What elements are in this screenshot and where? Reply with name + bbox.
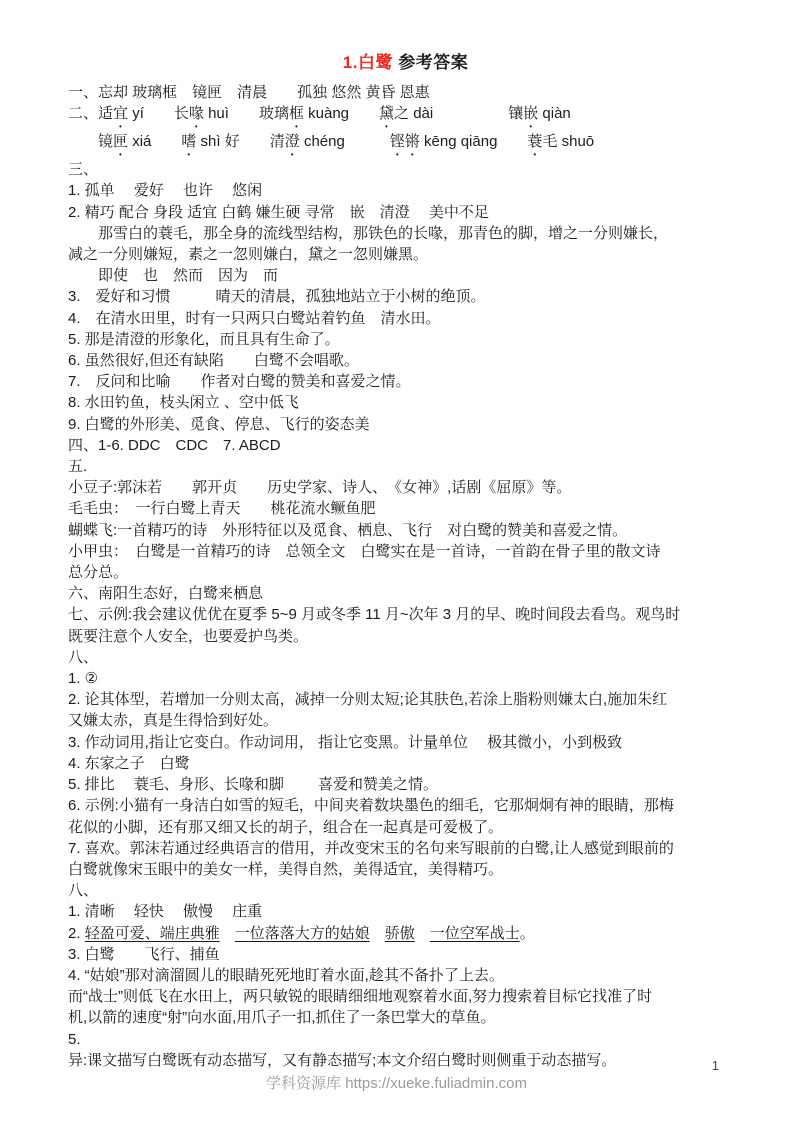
text-segment: shì 好 [196,133,269,150]
text-segment: 。 [520,925,535,942]
text-line: 2. 论其体型，若增加一分则太高，减掉一分则太短;论其肤色,若涂上脂粉则嫌太白,… [68,689,743,710]
text-line: 异:课文描写白鹭既有动态描写，又有静态描写;本文介绍白鹭时则侧重于动态描写。 [68,1050,743,1071]
text-segment: 机,以箭的速度“射”向水面,用爪子一扣,抓住了一条巴掌大的草鱼。 [68,1009,496,1026]
underlined-answer: 一位空军战士 [430,925,520,942]
text-segment: 5. 排比 蓑毛、身形、长喙和脚 喜爱和赞美之情。 [68,776,438,793]
lesson-title-red: 1.白鹭 [343,53,393,72]
text-line: 蝴蝶飞:一首精巧的诗 外形特征以及觅食、栖息、飞行 对白鹭的赞美和喜爱之情。 [68,520,743,541]
text-line: 而“战士”则低飞在水田上，两只敏锐的眼睛细细地观察着水面,努力搜索着目标它找准了… [68,986,743,1007]
emphasized-char: 澄 [285,133,300,150]
emphasized-char: 蓑 [527,133,542,150]
emphasized-char: 喙 [189,105,204,122]
text-segment: qiàn [538,105,571,122]
text-line: 7. 喜欢。郭沫若通过经典语言的借用，并改变宋玉的名句来写眼前的白鹭,让人感觉到… [68,838,743,859]
text-segment: 玻璃 [259,105,289,122]
text-segment: 又嫌太赤，真是生得恰到好处。 [68,712,278,729]
text-segment: 镶 [508,105,523,122]
text-line: 6. 示例:小猫有一身洁白如雪的短毛，中间夹着数块墨色的细毛，它那炯炯有神的眼睛… [68,795,743,816]
text-segment: 总分总。 [68,564,128,581]
text-line: 花似的小脚，还有那又细又长的胡子，组合在一起真是可爱极了。 [68,817,743,838]
text-line: 5. 排比 蓑毛、身形、长喙和脚 喜爱和赞美之情。 [68,774,743,795]
emphasized-char: 铿锵 [390,133,420,150]
text-line: 5. 那是清澄的形象化，而且具有生命了。 [68,329,743,350]
text-segment: 蝴蝶飞:一首精巧的诗 外形特征以及觅食、栖息、飞行 对白鹭的赞美和喜爱之情。 [68,522,627,539]
emphasized-char: 匣 [113,133,128,150]
text-segment: 4. 在清水田里，时有一只两只白鹭站着钓鱼 清水田。 [68,310,441,327]
text-line: 白鹭就像宋玉眼中的美女一样，美得自然，美得适宜，美得精巧。 [68,859,743,880]
text-line: 六、南阳生态好，白鹭来栖息 [68,583,743,604]
text-line: 八、 [68,880,743,901]
underlined-answer: 骄傲 [385,925,415,942]
text-segment: 3. 作动词用,指让它变白。作动词用， 指让它变黑。计量单位 极其微小，小到极致 [68,734,622,751]
document-title: 1.白鹭 参考答案 [68,50,743,76]
text-segment: kuàng [304,105,379,122]
text-line: 四、1-6. DDC CDC 7. ABCD [68,435,743,456]
text-segment: 三、 [68,161,98,178]
text-line: 2. 精巧 配合 身段 适宜 白鹤 嫌生硬 寻常 嵌 清澄 美中不足 [68,202,743,223]
text-segment: 3. 白鹭 飞行、捕鱼 [68,946,220,963]
text-line: 八、 [68,647,743,668]
text-line: 6. 虽然很好,但还有缺陷 白鹭不会唱歌。 [68,350,743,371]
text-segment: 一、忘却 玻璃框 镜匣 清晨 孤独 悠然 黄昏 恩惠 [68,84,430,101]
text-segment: 四、1-6. DDC CDC 7. ABCD [68,437,281,454]
text-line: 3. 白鹭 飞行、捕鱼 [68,944,743,965]
text-line: 三、 [68,159,743,180]
text-segment: 2. 论其体型，若增加一分则太高，减掉一分则太短;论其肤色,若涂上脂粉则嫌太白,… [68,691,667,708]
text-segment: 减之一分则嫌短，素之一忽则嫌白，黛之一忽则嫌黑。 [68,246,428,263]
text-segment: 即使 也 然而 因为 而 [68,267,278,284]
text-segment: 毛 shuō [542,133,594,150]
text-segment: 小甲虫： 白鹭是一首精巧的诗 总领全文 白鹭实在是一首诗，一首韵在骨子里的散文诗 [68,543,661,560]
text-line: 5. [68,1029,743,1050]
text-segment: 七、示例:我会建议优优在夏季 5~9 月或冬季 11 月~次年 3 月的早、晚时… [68,606,680,623]
text-segment: 4. 东家之子 白鹭 [68,755,190,772]
text-line: 即使 也 然而 因为 而 [68,265,743,286]
text-segment: 4. “姑娘”那对滴溜圆儿的眼睛死死地盯着水面,趁其不备扑了上去。 [68,967,504,984]
text-segment: huì [204,105,259,122]
text-segment: xiá [128,133,181,150]
text-line: 镜匣 xiá 嗜 shì 好 清澄 chéng 铿锵 kēng qiāng 蓑毛… [68,131,743,159]
text-line: 4. 东家之子 白鹭 [68,753,743,774]
title-suffix: 参考答案 [393,53,468,72]
emphasized-char: 黛 [379,105,394,122]
text-segment: 之 dài [394,105,508,122]
text-segment [415,925,430,942]
text-segment: 八、 [68,649,98,666]
document-body: 一、忘却 玻璃框 镜匣 清晨 孤独 悠然 黄昏 恩惠二、适宜 yí 长喙 huì… [68,82,743,1071]
text-line: 4. “姑娘”那对滴溜圆儿的眼睛死死地盯着水面,趁其不备扑了上去。 [68,965,743,986]
text-line: 五. [68,456,743,477]
text-segment: 既要注意个人安全，也要爱护鸟类。 [68,628,308,645]
text-segment: 白鹭就像宋玉眼中的美女一样，美得自然，美得适宜，美得精巧。 [68,861,503,878]
text-segment: chéng [300,133,390,150]
text-segment: 清 [270,133,285,150]
text-segment: 8. 水田钓鱼，枝头闲立 、空中低飞 [68,394,299,411]
emphasized-char: 嵌 [523,105,538,122]
text-segment: 1. 清晰 轻快 傲慢 庄重 [68,903,262,920]
text-segment: 花似的小脚，还有那又细又长的胡子，组合在一起真是可爱极了。 [68,819,503,836]
text-line: 7. 反问和比喻 作者对白鹭的赞美和喜爱之情。 [68,371,743,392]
text-segment: 5. 那是清澄的形象化，而且具有生命了。 [68,331,340,348]
text-segment: 二、适 [68,105,113,122]
text-line: 机,以箭的速度“射”向水面,用爪子一扣,抓住了一条巴掌大的草鱼。 [68,1007,743,1028]
text-line: 3. 爱好和习惯 晴天的清晨，孤独地站立于小树的绝顶。 [68,286,743,307]
text-line: 毛毛虫： 一行白鹭上青天 桃花流水鳜鱼肥 [68,498,743,519]
text-segment: 2. 精巧 配合 身段 适宜 白鹤 嫌生硬 寻常 嵌 清澄 美中不足 [68,204,489,221]
text-segment: 3. 爱好和习惯 晴天的清晨，孤独地站立于小树的绝顶。 [68,288,486,305]
text-line: 减之一分则嫌短，素之一忽则嫌白，黛之一忽则嫌黑。 [68,244,743,265]
text-segment: 异:课文描写白鹭既有动态描写，又有静态描写;本文介绍白鹭时则侧重于动态描写。 [68,1052,616,1069]
text-line: 那雪白的蓑毛，那全身的流线型结构，那铁色的长喙，那青色的脚，增之一分则嫌长， [68,223,743,244]
text-segment: 7. 反问和比喻 作者对白鹭的赞美和喜爱之情。 [68,373,411,390]
text-segment: 镜 [68,133,113,150]
emphasized-char: 框 [289,105,304,122]
text-segment: kēng qiāng [420,133,528,150]
text-line: 七、示例:我会建议优优在夏季 5~9 月或冬季 11 月~次年 3 月的早、晚时… [68,604,743,625]
text-line: 8. 水田钓鱼，枝头闲立 、空中低飞 [68,392,743,413]
text-segment [370,925,385,942]
text-line: 1. 孤单 爱好 也许 悠闲 [68,180,743,201]
emphasized-char: 嗜 [181,133,196,150]
text-line: 1. 清晰 轻快 傲慢 庄重 [68,901,743,922]
footer: 学科资源库 https://xueke.fuliadmin.com [0,1072,793,1093]
page-number: 1 [712,1058,719,1073]
text-segment [220,925,235,942]
text-segment: 而“战士”则低飞在水田上，两只敏锐的眼睛细细地观察着水面,努力搜索着目标它找准了… [68,988,652,1005]
text-segment: 7. 喜欢。郭沫若通过经典语言的借用，并改变宋玉的名句来写眼前的白鹭,让人感觉到… [68,840,674,857]
text-segment: 五. [68,458,87,475]
text-line: 总分总。 [68,562,743,583]
text-line: 1. ② [68,668,743,689]
text-segment: 毛毛虫： 一行白鹭上青天 桃花流水鳜鱼肥 [68,500,376,517]
text-segment: 1. ② [68,670,98,687]
text-line: 3. 作动词用,指让它变白。作动词用， 指让它变黑。计量单位 极其微小，小到极致 [68,732,743,753]
text-line: 一、忘却 玻璃框 镜匣 清晨 孤独 悠然 黄昏 恩惠 [68,82,743,103]
text-segment: 八、 [68,882,98,899]
text-segment: 9. 白鹭的外形美、觅食、停息、飞行的姿态美 [68,416,370,433]
text-segment: 2. [68,925,85,942]
text-segment: 1. 孤单 爱好 也许 悠闲 [68,182,262,199]
text-segment: 那雪白的蓑毛，那全身的流线型结构，那铁色的长喙，那青色的脚，增之一分则嫌长， [68,225,668,242]
text-line: 既要注意个人安全，也要爱护鸟类。 [68,626,743,647]
text-segment: 6. 示例:小猫有一身洁白如雪的短毛，中间夹着数块墨色的细毛，它那炯炯有神的眼睛… [68,797,674,814]
underlined-answer: 一位落落大方的姑娘 [235,925,370,942]
text-line: 二、适宜 yí 长喙 huì 玻璃框 kuàng 黛之 dài 镶嵌 qiàn [68,103,743,131]
text-segment: 长 [174,105,189,122]
text-line: 小豆子:郭沫若 郭开贞 历史学家、诗人、 《女神》,话剧《屈原》等。 [68,477,743,498]
footer-site-link[interactable]: 学科资源库 https://xueke.fuliadmin.com [266,1075,527,1092]
text-segment: 小豆子:郭沫若 郭开贞 历史学家、诗人、 《女神》,话剧《屈原》等。 [68,479,571,496]
text-line: 4. 在清水田里，时有一只两只白鹭站着钓鱼 清水田。 [68,308,743,329]
text-line: 又嫌太赤，真是生得恰到好处。 [68,710,743,731]
underlined-answer: 轻盈可爱、端庄典雅 [85,925,220,942]
text-segment: 六、南阳生态好，白鹭来栖息 [68,585,263,602]
text-segment: 5. [68,1031,81,1048]
text-line: 2. 轻盈可爱、端庄典雅 一位落落大方的姑娘 骄傲 一位空军战士。 [68,923,743,944]
text-segment: 6. 虽然很好,但还有缺陷 白鹭不会唱歌。 [68,352,359,369]
emphasized-char: 宜 [113,105,128,122]
text-segment: yí [128,105,174,122]
text-line: 9. 白鹭的外形美、觅食、停息、飞行的姿态美 [68,414,743,435]
text-line: 小甲虫： 白鹭是一首精巧的诗 总领全文 白鹭实在是一首诗，一首韵在骨子里的散文诗 [68,541,743,562]
document-page: 1.白鹭 参考答案 一、忘却 玻璃框 镜匣 清晨 孤独 悠然 黄昏 恩惠二、适宜… [0,0,793,1122]
